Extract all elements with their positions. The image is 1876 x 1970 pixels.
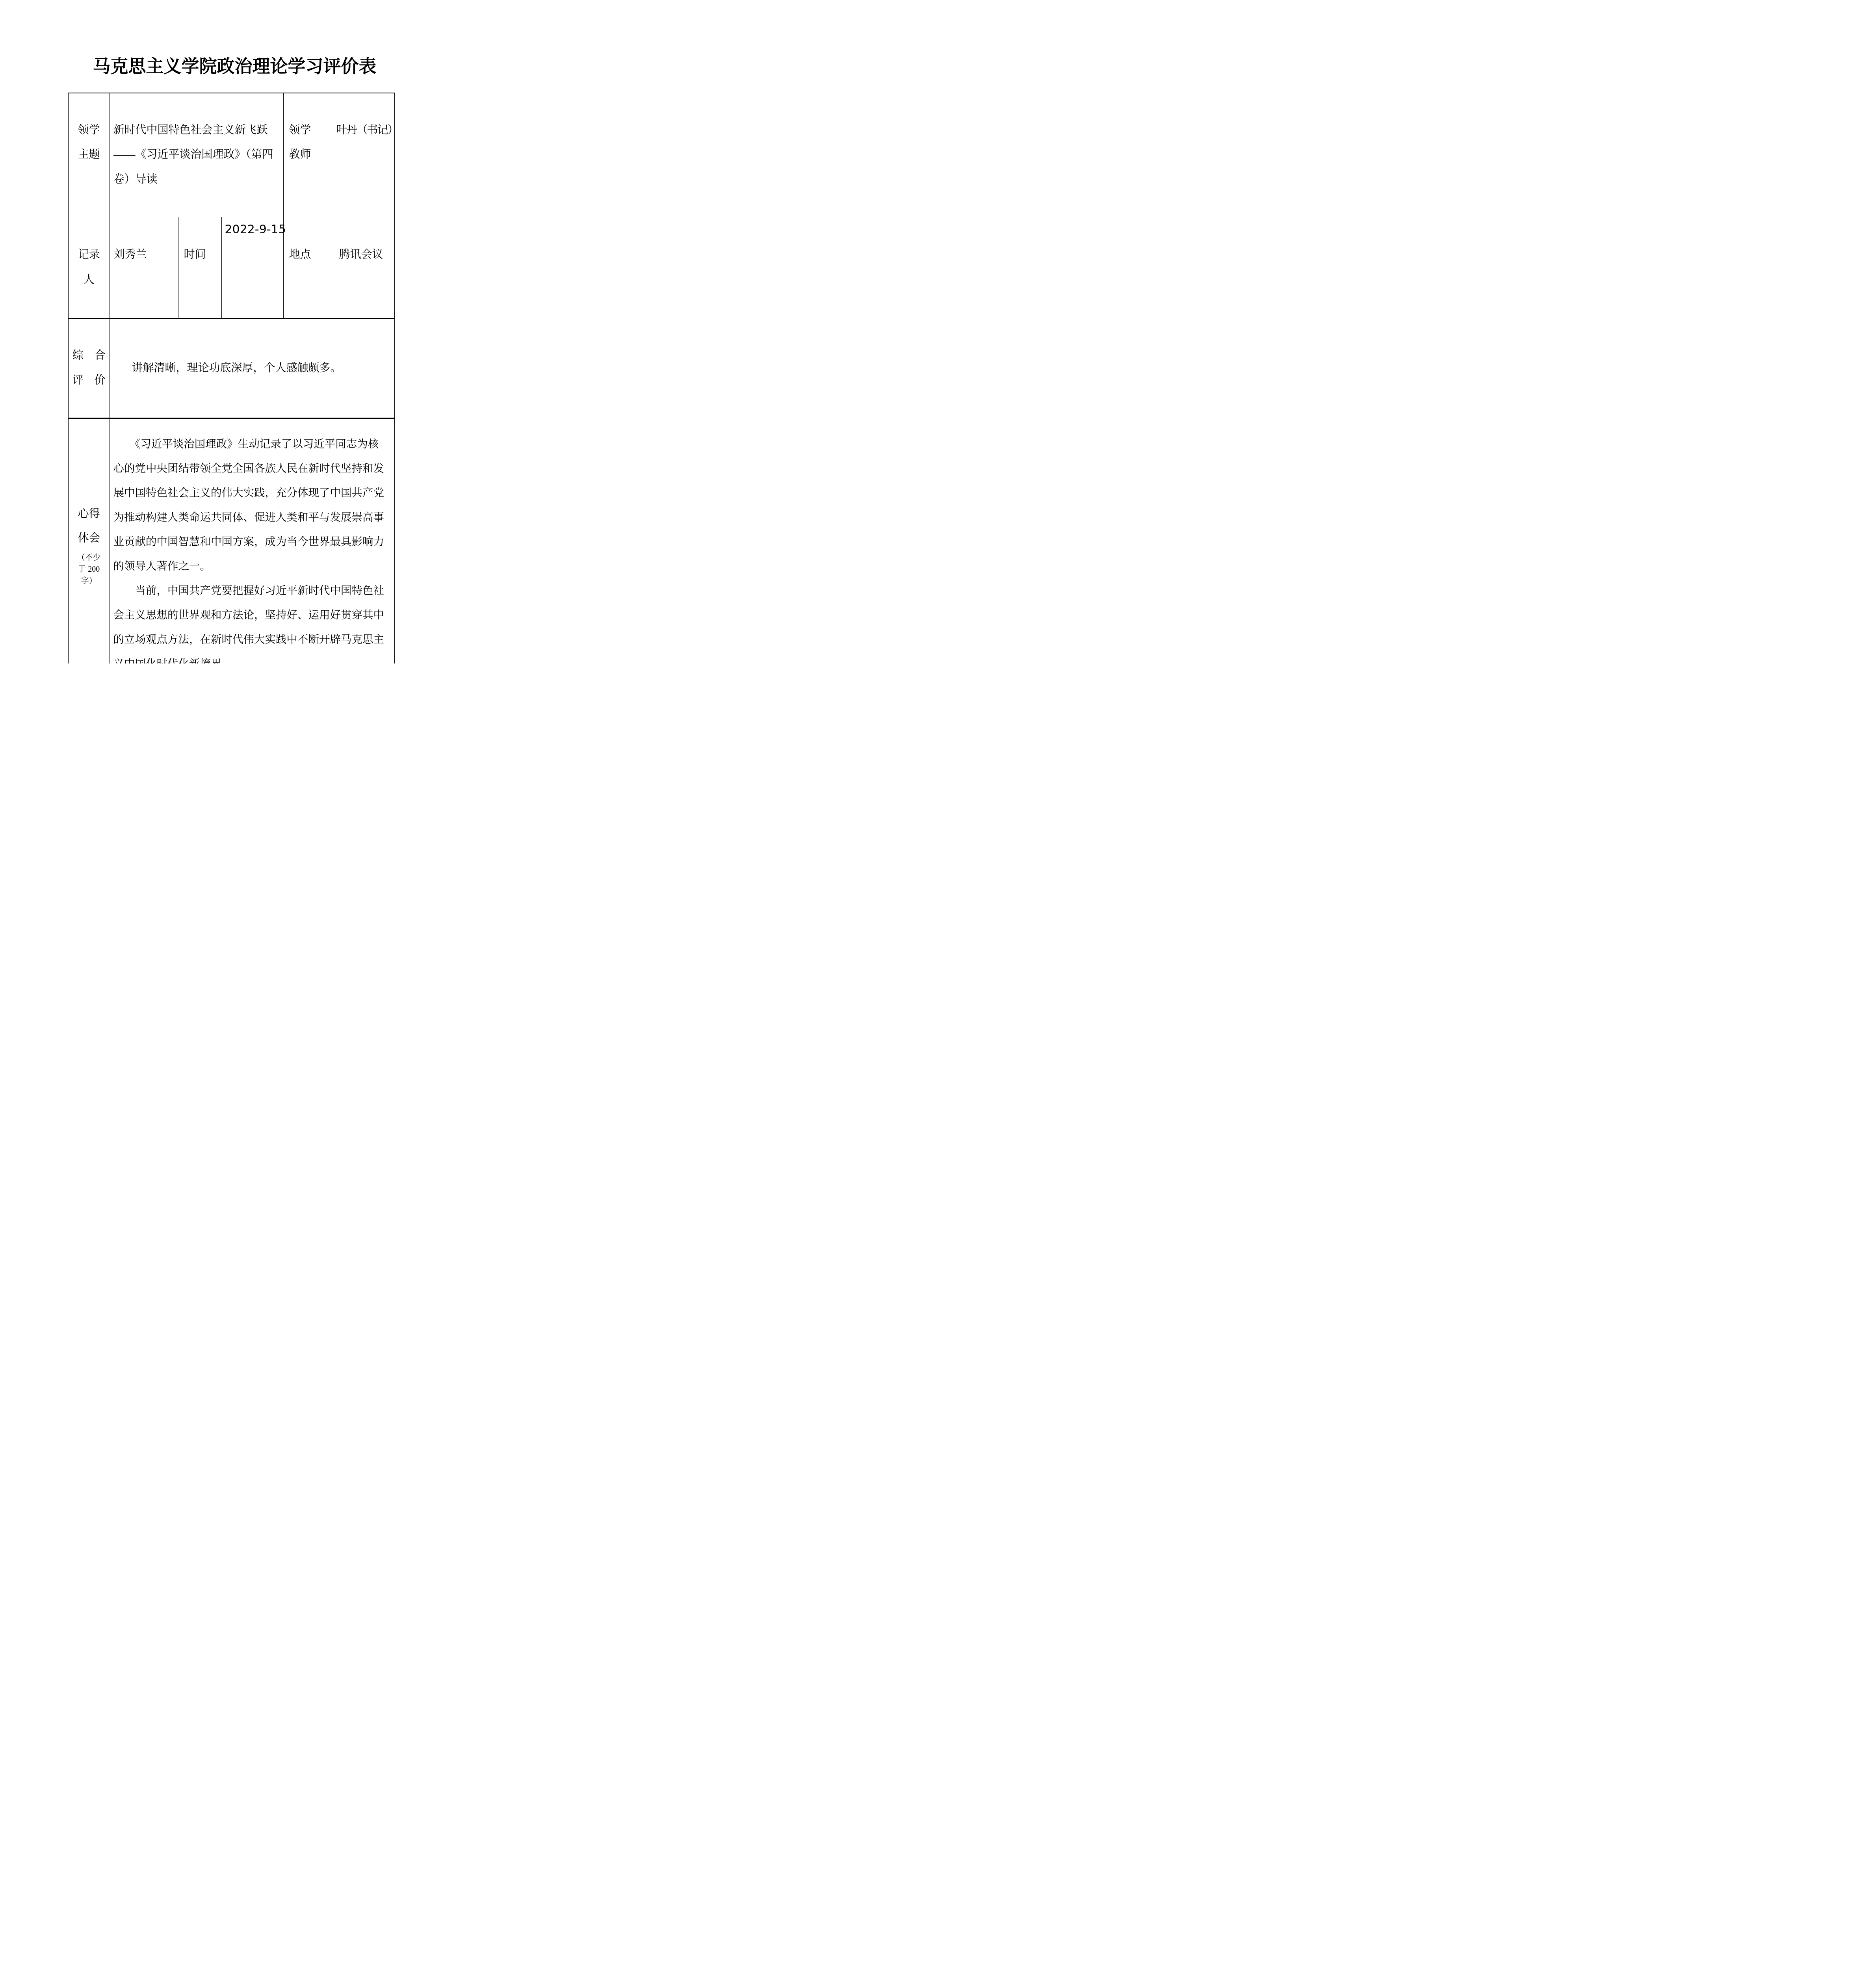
teacher-value: 叶丹（书记）	[336, 93, 395, 143]
overall-label-cell: 综 合 评 价	[68, 318, 110, 418]
time-label-cell: 时间	[178, 217, 221, 318]
location-label-cell: 地点	[283, 217, 335, 318]
teacher-label-cell: 领学 教师	[283, 93, 335, 217]
reflection-label-line-2: 体会	[78, 526, 100, 551]
evaluation-form-table: 领学 主题 新时代中国特色社会主义新飞跃 ——《习近平谈治国理政》（第四 卷）导…	[68, 93, 395, 663]
document-page: 马克思主义学院政治理论学习评价表 领学 主题 新时代中国特色社会主义新飞跃 ——…	[0, 0, 469, 663]
recorder-value-cell: 刘秀兰	[110, 217, 178, 318]
topic-value: 新时代中国特色社会主义新飞跃 ——《习近平谈治国理政》（第四 卷）导读	[113, 118, 280, 192]
reflection-label-line-1: 心得	[78, 502, 100, 526]
page-title: 马克思主义学院政治理论学习评价表	[0, 54, 469, 79]
reflection-body-text: 《习近平谈治国理政》生动记录了以习近平同志为核 心的党中央团结带领全党全国各族人…	[110, 419, 395, 664]
time-value: 2022-9-15	[225, 217, 283, 242]
location-value: 腾讯会议	[339, 242, 395, 268]
location-label: 地点	[289, 242, 335, 268]
recorder-label-cell: 记录 人	[68, 217, 110, 318]
time-value-cell: 2022-9-15	[221, 217, 283, 318]
reflection-label-block: 心得 体会 （不少 于 200 字）	[69, 502, 110, 605]
overall-value-cell: 讲解清晰，理论功底深厚，个人感触颇多。	[110, 318, 395, 418]
row-overall-evaluation: 综 合 评 价 讲解清晰，理论功底深厚，个人感触颇多。	[68, 318, 395, 418]
row-record: 记录 人 刘秀兰 时间 2022-9-15 地点 腾讯会议	[68, 217, 395, 318]
teacher-label: 领学 教师	[289, 118, 335, 167]
overall-value: 讲解清晰，理论功底深厚，个人感触颇多。	[110, 361, 392, 376]
teacher-value-cell: 叶丹（书记）	[335, 93, 395, 217]
recorder-label: 记录 人	[69, 242, 110, 293]
time-label: 时间	[184, 242, 221, 268]
topic-label-cell: 领学 主题	[68, 93, 110, 217]
topic-label: 领学 主题	[69, 118, 110, 167]
topic-value-cell: 新时代中国特色社会主义新飞跃 ——《习近平谈治国理政》（第四 卷）导读	[110, 93, 283, 217]
recorder-value: 刘秀兰	[114, 242, 178, 268]
reflection-word-count-note: （不少 于 200 字）	[77, 552, 101, 587]
overall-label: 综 合 评 价	[69, 344, 110, 393]
row-reflection: 心得 体会 （不少 于 200 字） 《习近平谈治国理政》生动记录了以习近平同志…	[68, 418, 395, 663]
reflection-value-cell: 《习近平谈治国理政》生动记录了以习近平同志为核 心的党中央团结带领全党全国各族人…	[110, 418, 395, 663]
row-topic: 领学 主题 新时代中国特色社会主义新飞跃 ——《习近平谈治国理政》（第四 卷）导…	[68, 93, 395, 217]
reflection-label-cell: 心得 体会 （不少 于 200 字）	[68, 418, 110, 663]
location-value-cell: 腾讯会议	[335, 217, 395, 318]
